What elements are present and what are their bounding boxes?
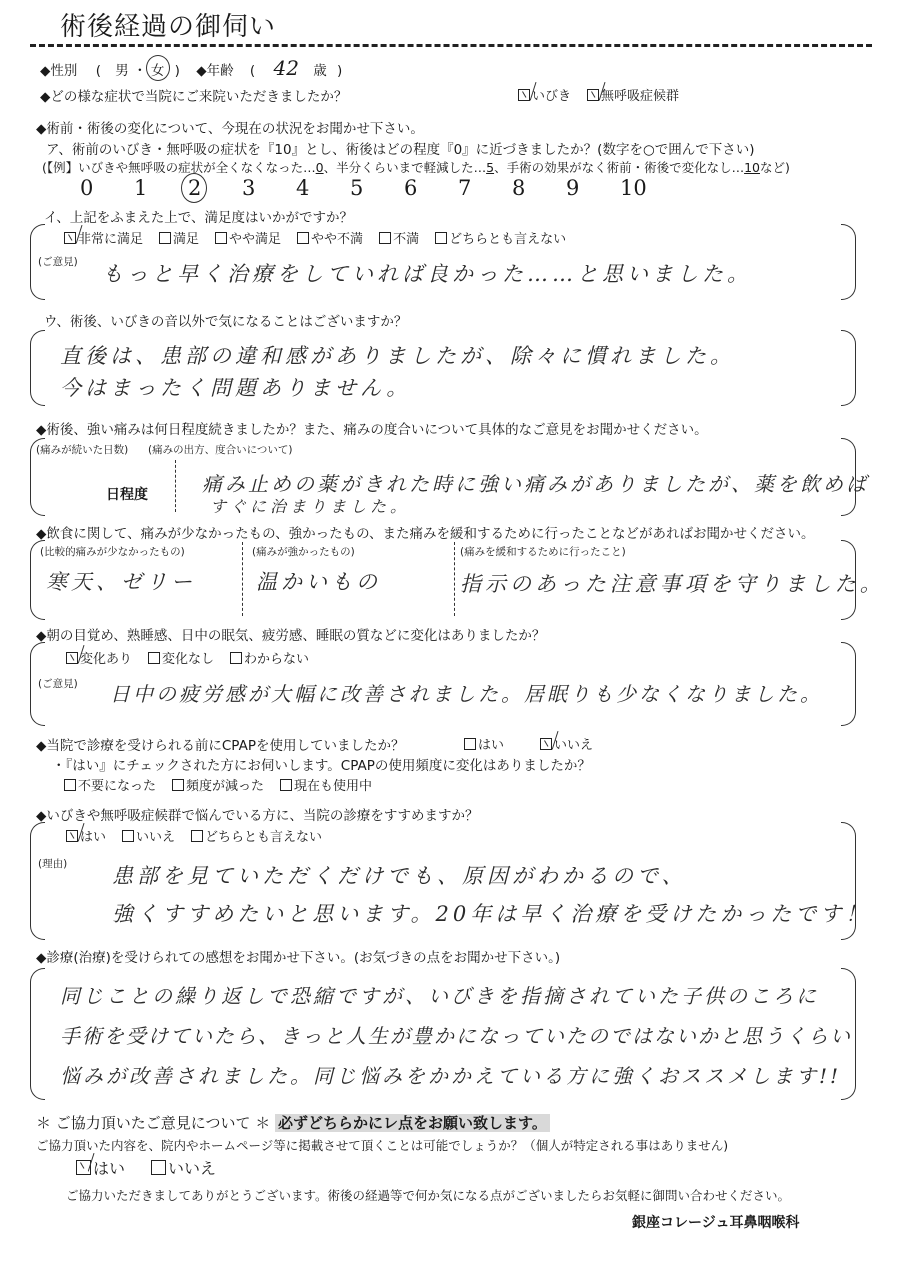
food-question: ◆飲食に関して、痛みが少なかったもの、強かったもの、また痛みを緩和するために行っ… [36,522,815,542]
consent-required-note: 必ずどちらかにレ点をお願い致します。 [275,1114,550,1132]
change-sub-a: ア、術前のいびき・無呼吸の症状を『10』とし、術後はどの程度『0』に近づきました… [46,138,755,158]
scale-4[interactable]: 4 [296,176,350,200]
concerns-answer-line2: 今はまったく問題ありません。 [60,372,411,402]
cpap-question: ◆当院で診療を受けられる前にCPAPを使用していましたか？ [36,734,404,754]
pain-answer-line2: すぐに治まりました。 [210,494,410,517]
scale-5[interactable]: 5 [350,176,404,200]
sleep-box: 変化あり 変化なし わからない (ご意見) 日中の疲労感が大幅に改善されました。… [30,642,856,726]
footer-thanks: ご協力いただきましてありがとうございます。術後の経過等で何か気になる点がございま… [66,1186,790,1204]
concerns-box[interactable]: 直後は、患部の違和感がありましたが、除々に慣れました。 今はまったく問題ありませ… [30,330,856,406]
symptoms-options: いびき 無呼吸症候群 [518,85,695,104]
pain-answer-line1[interactable]: 痛み止めの薬がきれた時に強い痛みがありましたが、薬を飲めば [202,468,869,497]
recommend-no-checkbox[interactable]: いいえ [122,826,175,845]
sleep-options: 変化あり 変化なし わからない [66,648,325,667]
selection-circle [146,55,170,81]
option-no-change[interactable]: 変化なし [148,648,214,667]
scale-6[interactable]: 6 [404,176,458,200]
option-somewhat-dissatisfied[interactable]: やや不満 [297,228,363,247]
checkbox-icon [280,779,292,791]
satisfaction-box: 非常に満足 満足 やや満足 やや不満 不満 どちらとも言えない (ご意見) もっ… [30,224,856,300]
impressions-line1: 同じことの繰り返しで恐縮ですが、いびきを指摘されていた子供のころに [60,980,819,1009]
food-col2-answer[interactable]: 温かいもの [256,566,381,596]
checkbox-icon [435,232,447,244]
concerns-question: ウ、術後、いびきの音以外で気になることはございますか？ [44,310,407,330]
scale-3[interactable]: 3 [242,176,296,200]
pain-question: ◆術後、強い痛みは何日程度続きましたか？また、痛みの度合いについて具体的なご意見… [36,418,708,438]
scale-0[interactable]: 0 [80,176,134,200]
checkbox-icon [540,738,552,750]
recommend-options: はい いいえ どちらとも言えない [66,826,338,845]
gender-option-male[interactable]: 男 [115,63,129,79]
recommend-question: ◆いびきや無呼吸症候群で悩んでいる方に、当院の診療をすすめますか？ [36,804,479,824]
cpap-followup-options: 不要になった 頻度が減った 現在も使用中 [64,775,388,794]
option-somewhat-satisfied[interactable]: やや満足 [215,228,281,247]
checkbox-icon [464,738,476,750]
rating-scale: 0 1 2 3 4 5 6 7 8 9 10 [80,176,674,200]
checkbox-icon [148,652,160,664]
age-label: ◆年齢 [196,63,233,79]
checkbox-icon [66,830,78,842]
checkbox-icon [230,652,242,664]
checkbox-icon [122,830,134,842]
age-unit: 歳 [313,63,327,79]
consent-yes-checkbox[interactable]: はい [76,1156,125,1179]
opinion-label: (ご意見) [38,676,78,691]
option-still-using[interactable]: 現在も使用中 [280,775,372,794]
checkbox-icon [191,830,203,842]
reason-line1[interactable]: 患部を見ていただくだけでも、原因がわかるので、 [112,860,687,890]
checkbox-icon [159,232,171,244]
opinion-label: (ご意見) [38,254,78,269]
impressions-question: ◆診療(治療)を受けられての感想をお聞かせ下さい。(お気づきの点をお聞かせ下さい… [36,946,560,966]
satisfaction-opinion[interactable]: もっと早く治療をしていれば良かった……と思いました。 [102,258,752,288]
consent-options: はい いいえ [76,1156,232,1179]
option-neither[interactable]: どちらとも言えない [435,228,566,247]
scale-8[interactable]: 8 [512,176,566,200]
recommend-neither-checkbox[interactable]: どちらとも言えない [191,826,322,845]
food-col2-label: (痛みが強かったもの) [252,544,355,559]
option-unknown[interactable]: わからない [230,648,309,667]
option-no-longer-needed[interactable]: 不要になった [64,775,156,794]
reason-line2[interactable]: 強くすすめたいと思います。20年は早く治療を受けたかったです！ [112,898,870,928]
checkbox-icon [64,779,76,791]
title-divider [30,44,872,47]
food-col1-answer[interactable]: 寒天、ゼリー [46,566,196,596]
option-frequency-reduced[interactable]: 頻度が減った [172,775,264,794]
cpap-followup: ・『はい』にチェックされた方にお伺いします。CPAPの使用頻度に変化はありました… [52,754,591,774]
sleep-question: ◆朝の目覚め、熟睡感、日中の眠気、疲労感、睡眠の質などに変化はありましたか？ [36,624,545,644]
scale-1[interactable]: 1 [134,176,188,200]
checkbox-icon [518,89,530,101]
checkbox-icon [66,652,78,664]
scale-10[interactable]: 10 [620,176,674,200]
option-satisfied[interactable]: 満足 [159,228,199,247]
pain-days-label: (痛みが続いた日数) [36,442,128,457]
food-col3-answer[interactable]: 指示のあった注意事項を守りました。 [460,568,885,598]
recommend-box: はい いいえ どちらとも言えない (理由) 患部を見ていただくだけでも、原因がわ… [30,822,856,940]
checkbox-icon [64,232,76,244]
checkbox-icon [379,232,391,244]
age-value[interactable]: 42 [274,56,299,80]
impressions-line3: 悩みが改善されました。同じ悩みをかかえている方に強くおススメします!! [60,1060,841,1089]
checkbox-icon [215,232,227,244]
checkbox-icon [151,1160,166,1175]
consent-question: ご協力頂いた内容を、院内やホームページ等に掲載させて頂くことは可能でしょうか？（… [36,1136,728,1154]
reason-label: (理由) [38,856,67,871]
profile-row: ◆性別 ( 男 ・ 女 ) ◆年齢 ( 42 歳 ) [40,56,342,80]
checkbox-icon [76,1160,91,1175]
recommend-yes-checkbox[interactable]: はい [66,826,106,845]
impressions-line2: 手術を受けていたら、きっと人生が豊かになっていたのではないかと思うくらい [60,1020,852,1049]
satisfaction-question: イ、上記をふまえた上で、満足度はいかがですか？ [44,206,353,226]
sleep-opinion[interactable]: 日中の疲労感が大幅に改善されました。居眠りも少なくなりました。 [110,678,823,707]
option-very-satisfied[interactable]: 非常に満足 [64,228,143,247]
pain-degree-label: (痛みの出方、度合いについて) [148,442,292,457]
option-changed[interactable]: 変化あり [66,648,132,667]
change-question: ◆術前・術後の変化について、今現在の状況をお聞かせ下さい。 [36,117,424,137]
clinic-name: 銀座コレージュ耳鼻咽喉科 [632,1212,799,1232]
checkbox-icon [297,232,309,244]
scale-7[interactable]: 7 [458,176,512,200]
checkbox-icon [587,89,599,101]
cpap-yes-checkbox[interactable]: はい [464,734,504,753]
food-col1-label: (比較的痛みが少なかったもの) [40,544,185,559]
page-title: 術後経過の御伺い [60,6,276,43]
consent-heading: ＊ ご協力頂いたご意見について ＊ 必ずどちらかにレ点をお願い致します。 [36,1112,550,1133]
cpap-no-checkbox[interactable]: いいえ [540,734,593,753]
pain-days-suffix: 日程度 [106,484,148,504]
pain-box: (痛みが続いた日数) (痛みの出方、度合いについて) 日程度 痛み止めの薬がきれ… [30,438,856,516]
satisfaction-options: 非常に満足 満足 やや満足 やや不満 不満 どちらとも言えない [64,228,582,247]
food-box: (比較的痛みが少なかったもの) 寒天、ゼリー (痛みが強かったもの) 温かいもの… [30,540,856,620]
food-col3-label: (痛みを緩和するために行ったこと) [460,544,626,559]
symptom-snoring-checkbox[interactable]: いびき [518,85,571,104]
cpap-options: はい いいえ [464,734,609,753]
scale-2-selected[interactable]: 2 [188,176,242,200]
impressions-box[interactable]: 同じことの繰り返しで恐縮ですが、いびきを指摘されていた子供のころに 手術を受けて… [30,968,856,1100]
gender-option-female[interactable]: 女 [151,59,165,79]
gender-label: ◆性別 [40,63,77,79]
option-dissatisfied[interactable]: 不満 [379,228,419,247]
consent-no-checkbox[interactable]: いいえ [151,1156,216,1179]
checkbox-icon [172,779,184,791]
change-example: (【例】いびきや無呼吸の症状が全くなくなった…0、半分くらいまで軽減した…5、手… [42,158,790,176]
symptoms-question: ◆どの様な症状で当院にご来院いただきましたか？ [40,85,347,105]
symptom-apnea-checkbox[interactable]: 無呼吸症候群 [587,85,679,104]
scale-9[interactable]: 9 [566,176,620,200]
concerns-answer-line1: 直後は、患部の違和感がありましたが、除々に慣れました。 [60,340,735,370]
